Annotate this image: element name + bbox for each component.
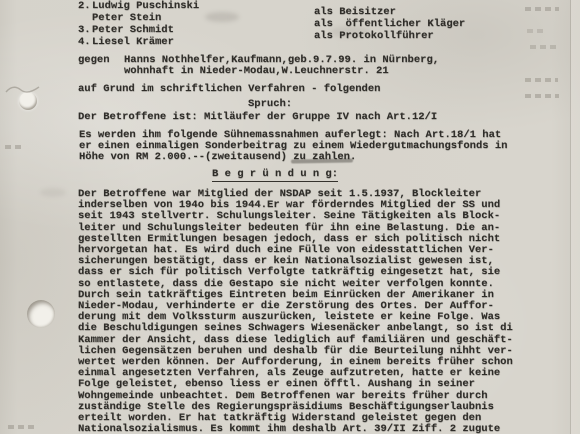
- sanction-line: Höhe von RM 2.000.--(zweitausend) zu zah…: [79, 152, 507, 163]
- body-line: die Beschuldigungen seines Schwagers Wie…: [78, 323, 513, 334]
- panel-member-role: als Beisitzer: [314, 7, 396, 18]
- gegen-label: gegen: [78, 55, 110, 66]
- pencil-dash-bottom-left: [8, 425, 38, 429]
- body-line: Folge geleistet, ebenso liess er einen ö…: [78, 379, 513, 390]
- begruendung-heading: B e g r ü n d u n g:: [212, 169, 338, 182]
- panel-member-name: Liesel Krämer: [92, 36, 174, 48]
- body-line: dass er sich für politisch Verfolgte tat…: [78, 267, 513, 278]
- pencil-mark-right-4: [525, 78, 558, 82]
- body-line: Nationalsozialismus. Es kommt ihm deshal…: [78, 424, 513, 434]
- panel-member-number: 4.: [78, 37, 92, 48]
- begruendung-body: Der Betroffene war Mitglied der NSDAP se…: [78, 189, 513, 434]
- panel-member-row: 4.Liesel Krämer als Protokollführer: [78, 31, 558, 43]
- sanction-paragraph: Es werden ihm folgende Sühnemassnahmen a…: [79, 130, 507, 164]
- scanned-document-page: 2.Ludwig Puschinski Peter Stein als Beis…: [0, 0, 580, 434]
- pencil-dash-left: [5, 145, 21, 149]
- pencil-mark-right-5: [525, 94, 559, 98]
- bleed-smudge: [40, 188, 66, 197]
- basis-line: auf Grund im schriftlichen Verfahren - f…: [78, 84, 380, 95]
- pencil-mark-right-3: [530, 45, 557, 49]
- pencil-squiggle-mark: [5, 83, 41, 97]
- defendant-line: wohnhaft in Nieder-Modau,W.Leuchnerstr. …: [124, 66, 389, 77]
- panel-member-role: als öffentlicher Kläger: [314, 19, 465, 30]
- body-line: seit 1943 stellvertr. Schulungsleiter. S…: [78, 211, 513, 222]
- punch-hole-bottom: [27, 300, 55, 328]
- panel-member-role: als Protokollführer: [314, 31, 434, 42]
- spruch-heading: Spruch:: [248, 99, 292, 110]
- verdict-line: Der Betroffene ist: Mitläufer der Gruppe…: [78, 112, 437, 123]
- scan-edge: [570, 0, 580, 434]
